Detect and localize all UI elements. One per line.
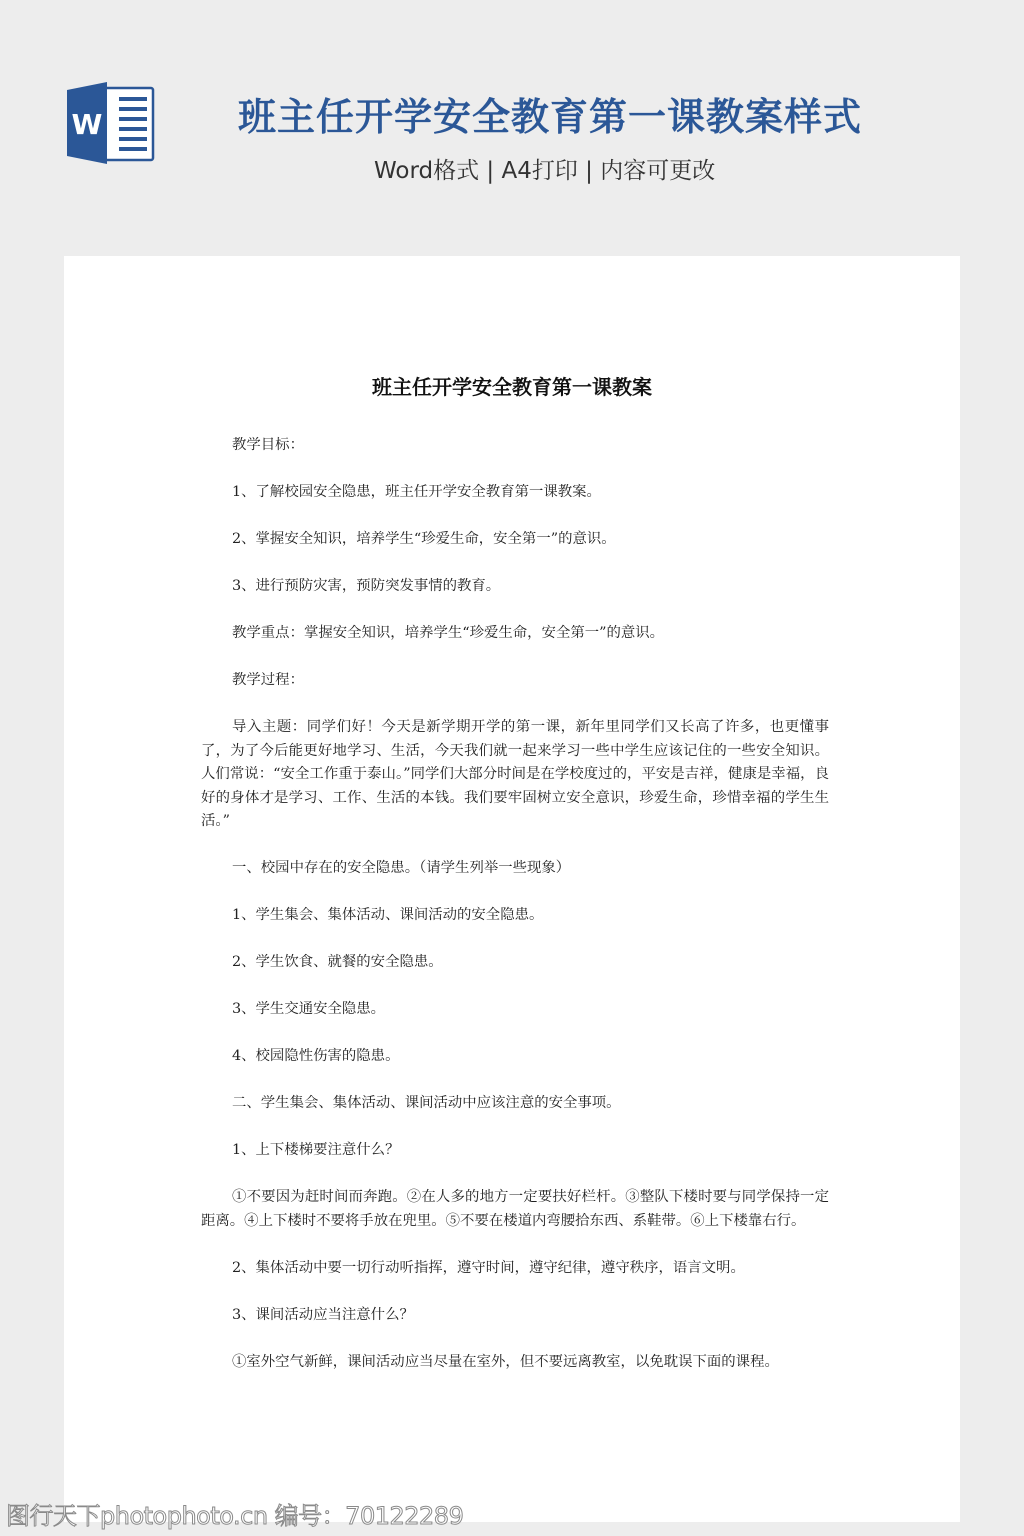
word-document-icon: W	[65, 80, 157, 166]
paragraph-break-rule-1: ①室外空气新鲜，课间活动应当尽量在室外，但不要远离教室，以免耽误下面的课程。	[201, 1351, 829, 1375]
document-title: 班主任开学安全教育第一课教案	[64, 372, 960, 402]
paragraph-group-activity: 2、集体活动中要一切行动听指挥，遵守时间，遵守纪律，遵守秩序，语言文明。	[201, 1257, 829, 1281]
paragraph-hazard-4: 4、校园隐性伤害的隐患。	[201, 1045, 829, 1069]
paragraph-introduction: 导入主题：同学们好！今天是新学期开学的第一课，新年里同学们又长高了许多，也更懂事…	[201, 716, 829, 834]
paragraph-teaching-process: 教学过程：	[201, 669, 829, 693]
watermark-text: 图行天下photophoto.cn 编号：70122289	[6, 1496, 463, 1531]
document-body: 教学目标： 1、了解校园安全隐患，班主任开学安全教育第一课教案。 2、掌握安全知…	[201, 434, 829, 1398]
preview-header: W 班主任开学安全教育第一课教案样式 Word格式 | A4打印 | 内容可更改	[0, 0, 1024, 256]
paragraph-break-question: 3、课间活动应当注意什么？	[201, 1304, 829, 1328]
preview-subtitle: Word格式 | A4打印 | 内容可更改	[374, 154, 715, 188]
paragraph-objective-2: 2、掌握安全知识，培养学生“珍爱生命，安全第一”的意识。	[201, 528, 829, 552]
document-page: 班主任开学安全教育第一课教案 教学目标： 1、了解校园安全隐患，班主任开学安全教…	[64, 256, 960, 1522]
paragraph-stairs-rules: ①不要因为赶时间而奔跑。②在人多的地方一定要扶好栏杆。③整队下楼时要与同学保持一…	[201, 1186, 829, 1233]
paragraph-section-2-heading: 二、学生集会、集体活动、课间活动中应该注意的安全事项。	[201, 1092, 829, 1116]
paragraph-section-1-heading: 一、校园中存在的安全隐患。（请学生列举一些现象）	[201, 857, 829, 881]
paragraph-hazard-2: 2、学生饮食、就餐的安全隐患。	[201, 951, 829, 975]
paragraph-hazard-1: 1、学生集会、集体活动、课间活动的安全隐患。	[201, 904, 829, 928]
preview-title: 班主任开学安全教育第一课教案样式	[238, 92, 878, 142]
paragraph-objective-3: 3、进行预防灾害，预防突发事情的教育。	[201, 575, 829, 599]
paragraph-stairs-question: 1、上下楼梯要注意什么？	[201, 1139, 829, 1163]
paragraph-objective-1: 1、了解校园安全隐患，班主任开学安全教育第一课教案。	[201, 481, 829, 505]
svg-text:W: W	[72, 108, 103, 141]
paragraph-hazard-3: 3、学生交通安全隐患。	[201, 998, 829, 1022]
paragraph-teaching-objectives: 教学目标：	[201, 434, 829, 458]
paragraph-teaching-focus: 教学重点：掌握安全知识，培养学生“珍爱生命，安全第一”的意识。	[201, 622, 829, 646]
